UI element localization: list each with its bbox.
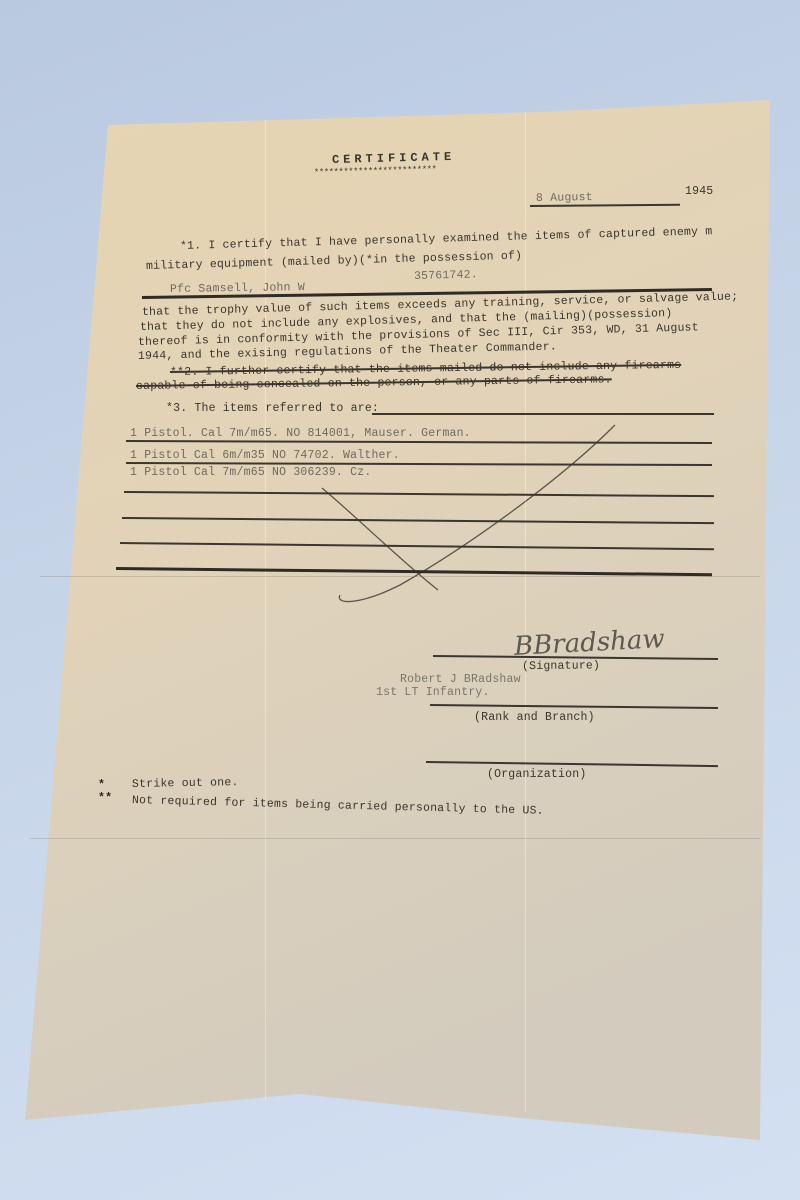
certificate-document: CERTIFICATE ************************* 8 …	[0, 0, 800, 1200]
fold-line	[525, 112, 526, 1112]
paper-sheet	[0, 0, 800, 1200]
footnote-1-mark: *	[98, 779, 105, 792]
signer-rank: 1st LT Infantry.	[376, 686, 490, 699]
item-row-2: 1 Pistol Cal 6m/m35 NO 74702. Walther.	[130, 449, 400, 462]
fold-line	[30, 838, 760, 839]
item-row-1: 1 Pistol. Cal 7m/m65. NO 814001, Mauser.…	[130, 427, 471, 440]
organization-label: (Organization)	[487, 768, 586, 781]
items-label: *3. The items referred to are:	[166, 402, 379, 415]
date-day-month: 8 August	[536, 191, 593, 205]
items-underline	[372, 413, 714, 415]
serial-number: 35761742.	[414, 268, 478, 283]
footnote-1-text: Strike out one.	[132, 776, 239, 791]
date-year: 1945	[685, 185, 713, 198]
signature-label: (Signature)	[522, 659, 600, 673]
fold-line	[40, 576, 760, 577]
signer-name: Robert J BRadshaw	[400, 673, 521, 686]
rank-label: (Rank and Branch)	[474, 711, 595, 724]
item-row-3: 1 Pistol Cal 7m/m65 NO 306239. Cz.	[130, 466, 371, 479]
footnote-2-mark: **	[98, 792, 112, 805]
